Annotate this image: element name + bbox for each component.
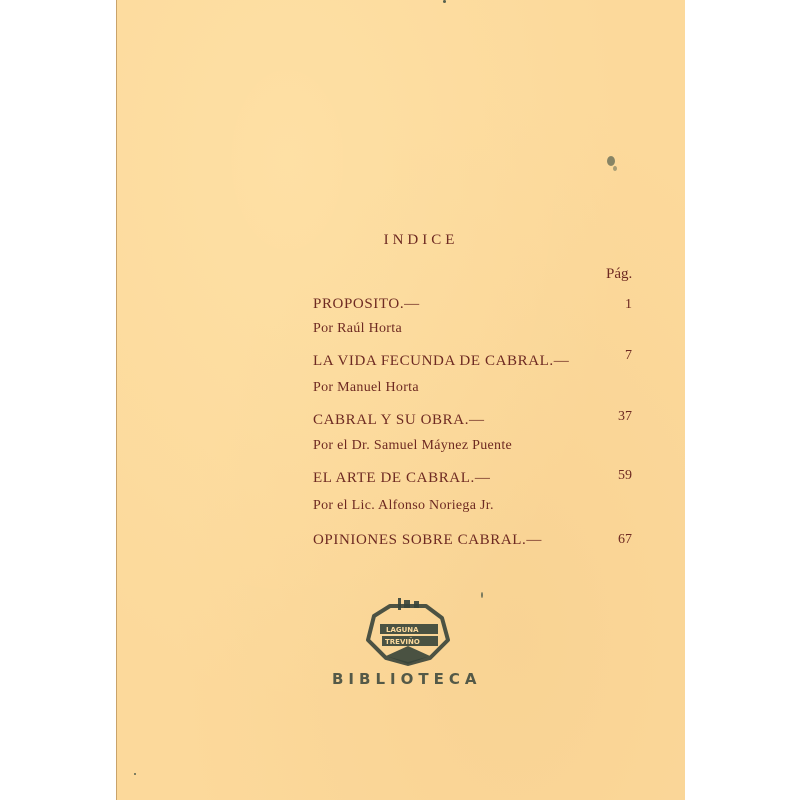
ink-speck [134,773,136,775]
page-column-header: Pág. [606,266,632,283]
stamp-emblem-text: TREVIÑO [385,637,420,646]
library-stamp-label: BIBLIOTECA [332,670,481,688]
toc-entry-page: 1 [592,297,632,313]
ink-speck [607,156,615,166]
toc-entry-author: Por Raúl Horta [313,321,402,337]
toc-entry-page: 37 [592,409,632,425]
toc-entry-author: Por el Dr. Samuel Máynez Puente [313,438,512,454]
toc-entry-page: 59 [592,468,632,484]
toc-entry-title: CABRAL Y SU OBRA.— [313,412,485,429]
index-title: INDICE [117,232,685,249]
stamp-emblem-text: LAGUNA [386,626,419,634]
ink-speck [613,166,617,171]
library-stamp-emblem-icon: LAGUNA TREVIÑO [360,598,456,670]
toc-entry-author: Por Manuel Horta [313,380,419,396]
toc-entry-title: LA VIDA FECUNDA DE CABRAL.— [313,353,569,370]
toc-entry-page: 7 [592,348,632,364]
book-page: INDICE Pág. PROPOSITO.— 1 Por Raúl Horta… [116,0,685,800]
toc-entry-title: EL ARTE DE CABRAL.— [313,470,490,487]
ink-speck [443,0,446,3]
toc-entry-title: PROPOSITO.— [313,296,420,313]
ink-speck [481,592,483,598]
toc-entry-page: 67 [592,532,632,548]
toc-entry-author: Por el Lic. Alfonso Noriega Jr. [313,498,494,514]
toc-entry-title: OPINIONES SOBRE CABRAL.— [313,532,542,549]
